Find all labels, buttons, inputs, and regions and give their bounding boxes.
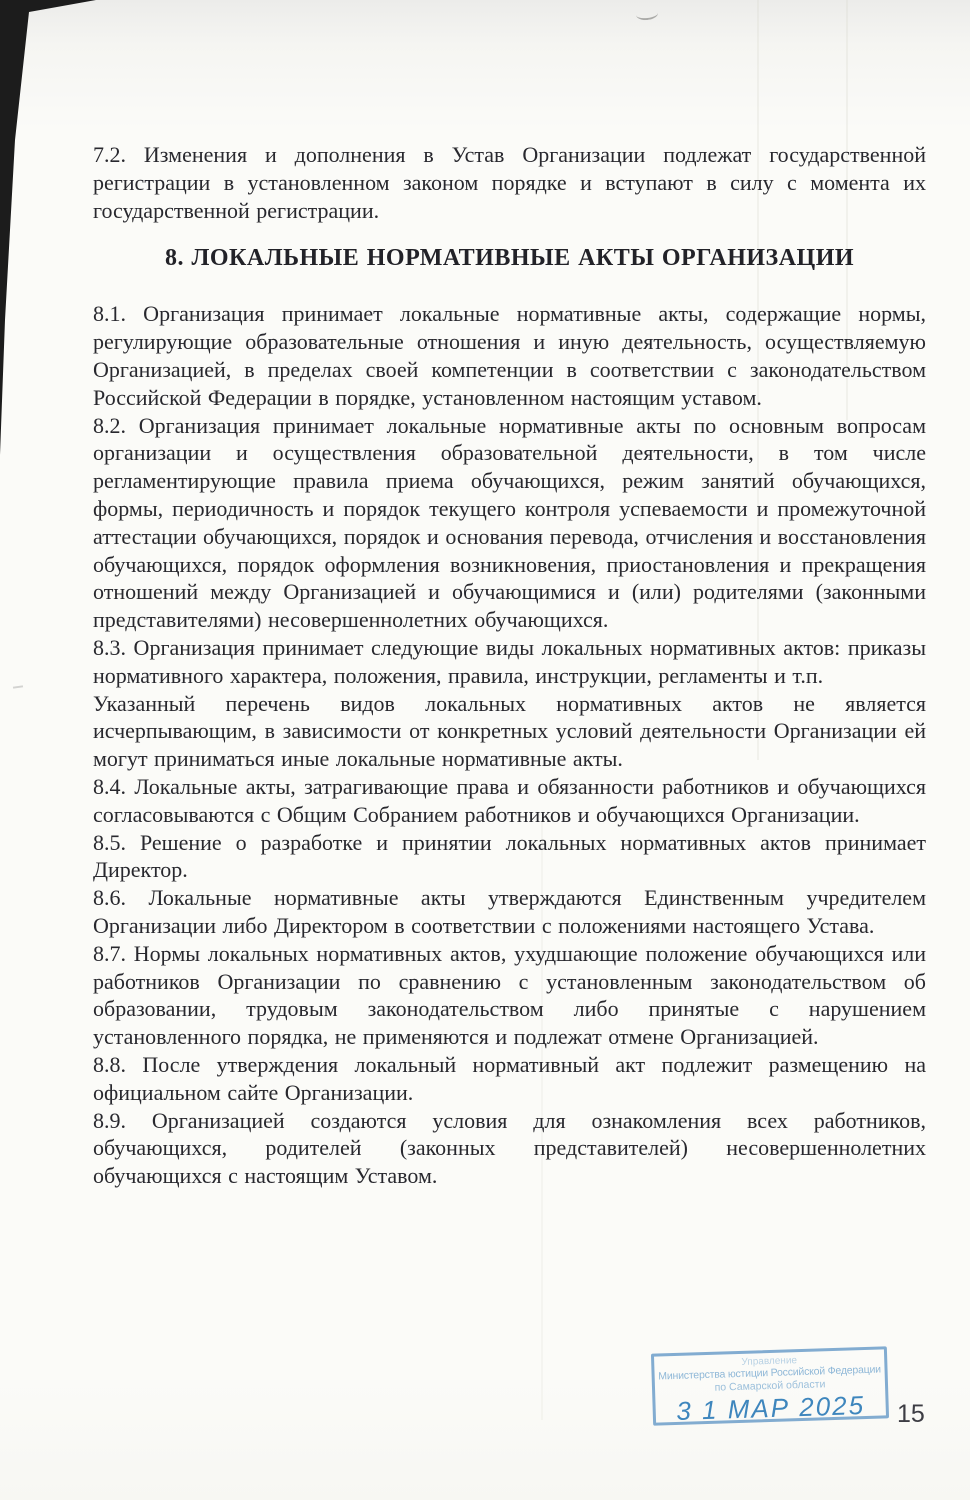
- paragraph-8-1: 8.1. Организация принимает локальные нор…: [93, 300, 926, 411]
- paragraph-7-2: 7.2. Изменения и дополнения в Устав Орга…: [93, 141, 926, 224]
- paragraph-8-3-continued: Указанный перечень видов локальных норма…: [93, 690, 926, 773]
- paragraph-8-9: 8.9. Организацией создаются условия для …: [93, 1107, 926, 1190]
- ministry-of-justice-stamp: Управление Министерства юстиции Российск…: [651, 1346, 889, 1425]
- paragraph-8-2: 8.2. Организация принимает локальные нор…: [93, 412, 926, 634]
- section-8-heading: 8. ЛОКАЛЬНЫЕ НОРМАТИВНЫЕ АКТЫ ОРГАНИЗАЦИ…: [93, 244, 926, 272]
- scan-edge-shadow: [0, 0, 100, 470]
- pen-mark: [635, 7, 658, 21]
- paragraph-8-6: 8.6. Локальные нормативные акты утвержда…: [93, 884, 926, 940]
- paragraph-8-8: 8.8. После утверждения локальный нормати…: [93, 1051, 926, 1107]
- scan-artifact-speck: [13, 685, 23, 688]
- paragraph-8-3: 8.3. Организация принимает следующие вид…: [93, 634, 926, 690]
- paragraph-8-5: 8.5. Решение о разработке и принятии лок…: [93, 829, 926, 885]
- stamp-date: 3 1 МАР 2025: [676, 1390, 866, 1426]
- document-body: 7.2. Изменения и дополнения в Устав Орга…: [93, 141, 926, 1190]
- paragraph-8-4: 8.4. Локальные акты, затрагивающие права…: [93, 773, 926, 829]
- paragraph-8-7: 8.7. Нормы локальных нормативных актов, …: [93, 940, 926, 1051]
- page-number: 15: [897, 1400, 925, 1429]
- scanned-page: 7.2. Изменения и дополнения в Устав Орга…: [0, 0, 970, 1500]
